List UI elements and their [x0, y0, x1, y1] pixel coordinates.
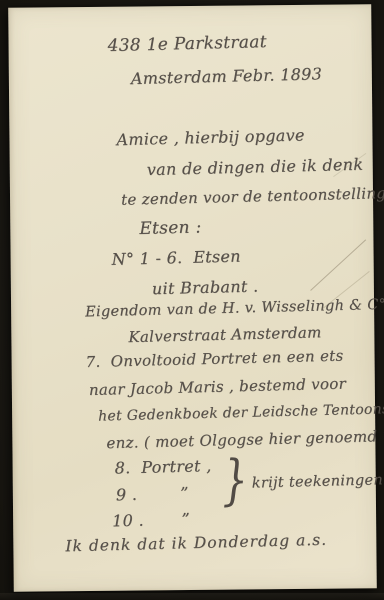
handwritten-line-item-7: 7. Onvoltooid Portret en een ets — [85, 348, 343, 371]
grouping-brace: } — [221, 453, 248, 508]
handwritten-line-salutation: Amice , hierbij opgave — [116, 126, 305, 148]
date-line: Amsterdam Febr. 1893 — [131, 65, 323, 87]
handwritten-line: naar Jacob Maris , bestemd voor — [89, 376, 347, 399]
handwritten-line-section-heading: Etsen : — [139, 218, 202, 238]
handwritten-line: uit Brabant . — [152, 278, 259, 298]
handwritten-line-item-10: 10 . ” — [112, 510, 190, 530]
pencil-scratch — [310, 239, 366, 290]
handwritten-line: Kalverstraat Amsterdam — [128, 324, 322, 345]
handwritten-line-item-8: 8. Portret , — [114, 457, 211, 477]
handwritten-line-closing: Ik denk dat ik Donderdag a.s. — [65, 532, 327, 556]
handwritten-line: het Gedenkboek der Leidsche Tentoonstell… — [98, 401, 384, 425]
handwritten-line: te zenden voor de tentoonstelling — [121, 185, 384, 208]
handwritten-line: van de dingen die ik denk — [147, 156, 364, 179]
handwritten-line-item-1-6: N° 1 - 6. Etsen — [111, 248, 241, 269]
letter-paper: 438 1e Parkstraat Amsterdam Febr. 1893 A… — [8, 4, 377, 591]
address-line: 438 1e Parkstraat — [107, 33, 267, 56]
photo-background: 438 1e Parkstraat Amsterdam Febr. 1893 A… — [0, 0, 384, 600]
handwritten-line-item-9: 9 . ” — [116, 484, 189, 503]
brace-label: krijt teekeningen . — [252, 473, 384, 493]
handwritten-line-ownership: Eigendom van de H. v. Wisselingh & C° — [85, 298, 384, 322]
